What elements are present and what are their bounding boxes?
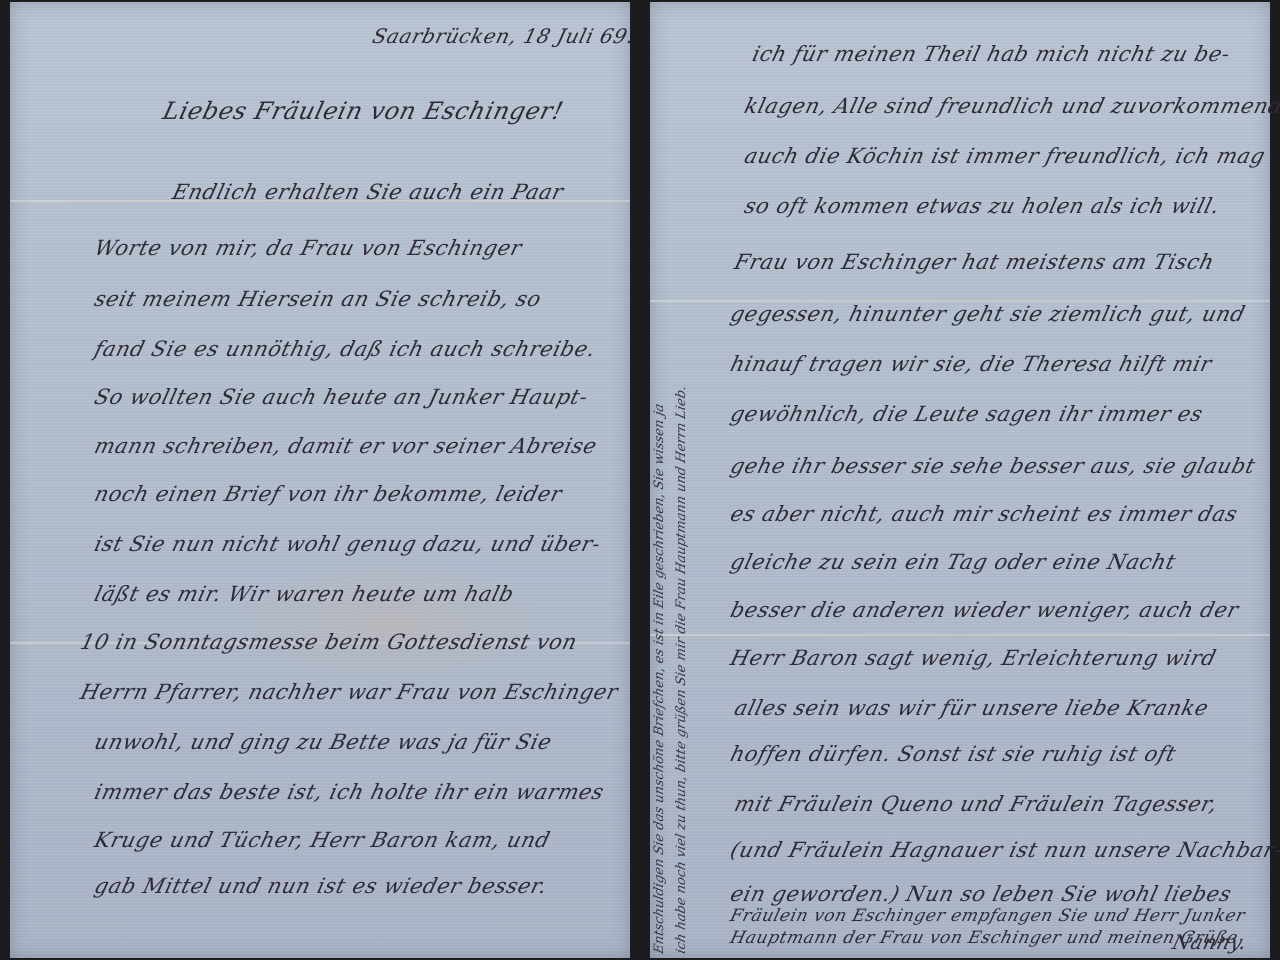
letter-line: gleiche zu sein ein Tag oder eine Nacht <box>728 550 1178 574</box>
letter-line: gegessen, hinunter geht sie ziemlich gut… <box>728 302 1248 326</box>
letter-line: auch die Köchin ist immer freundlich, ic… <box>742 144 1268 168</box>
letter-line: es aber nicht, auch mir scheint es immer… <box>728 502 1240 526</box>
paper-fold-line <box>650 634 1270 636</box>
letter-line: läßt es mir. Wir waren heute um halb <box>92 582 517 606</box>
letter-line: (und Fräulein Hagnauer ist nun unsere Na… <box>728 838 1280 862</box>
letter-line: gab Mittel und nun ist es wieder besser. <box>92 874 550 898</box>
letter-line: seit meinem Hiersein an Sie schreib, so <box>92 287 544 311</box>
letter-line: hoffen dürfen. Sonst ist sie ruhig ist o… <box>728 742 1179 766</box>
letter-line: Herr Baron sagt wenig, Erleichterung wir… <box>728 646 1219 670</box>
letter-line: Endlich erhalten Sie auch ein Paar <box>170 180 566 204</box>
letter-line: Fräulein von Eschinger empfangen Sie und… <box>728 906 1247 926</box>
letter-line: Frau von Eschinger hat meistens am Tisch <box>732 250 1217 274</box>
letter-line: Herrn Pfarrer, nachher war Frau von Esch… <box>78 680 621 704</box>
margin-note-line: ich habe noch viel zu thun, bitte grüßen… <box>674 384 689 955</box>
letter-line: Worte von mir, da Frau von Eschinger <box>92 236 525 260</box>
letter-line: ist Sie nun nicht wohl genug dazu, und ü… <box>92 532 603 556</box>
letter-line: gewöhnlich, die Leute sagen ihr immer es <box>728 402 1206 426</box>
signature: Nanny. <box>1170 930 1250 954</box>
letter-line: unwohl, und ging zu Bette was ja für Sie <box>92 730 555 754</box>
margin-note-line: Entschuldigen Sie das unschöne Briefchen… <box>652 402 667 955</box>
salutation: Liebes Fräulein von Eschinger! <box>160 97 566 125</box>
letter-line: klagen, Alle sind freundlich und zuvorko… <box>742 94 1280 118</box>
letter-line: besser die anderen wieder weniger, auch … <box>728 598 1241 622</box>
dateline: Saarbrücken, 18 Juli 69. <box>370 24 637 48</box>
letter-line: gehe ihr besser sie sehe besser aus, sie… <box>728 454 1258 478</box>
letter-line: hinauf tragen wir sie, die Theresa hilft… <box>728 352 1215 376</box>
letter-line: Hauptmann der Frau von Eschinger und mei… <box>728 928 1240 948</box>
letter-line: Kruge und Tücher, Herr Baron kam, und <box>92 828 553 852</box>
letter-line: So wollten Sie auch heute an Junker Haup… <box>92 385 591 409</box>
letter-line: noch einen Brief von ihr bekomme, leider <box>92 482 565 506</box>
letter-line: 10 in Sonntagsmesse beim Gottesdienst vo… <box>78 630 580 654</box>
letter-page-right: Entschuldigen Sie das unschöne Briefchen… <box>650 2 1270 958</box>
letter-line: ich für meinen Theil hab mich nicht zu b… <box>750 42 1233 66</box>
paper-stain <box>230 562 550 682</box>
letter-line: mit Fräulein Queno und Fräulein Tagesser… <box>732 792 1220 816</box>
letter-line: so oft kommen etwas zu holen als ich wil… <box>742 194 1222 218</box>
letter-page-left: Saarbrücken, 18 Juli 69. Liebes Fräulein… <box>10 2 630 958</box>
letter-line: mann schreiben, damit er vor seiner Abre… <box>92 434 600 458</box>
letter-line: ein geworden.) Nun so leben Sie wohl lie… <box>728 882 1234 906</box>
letter-line: immer das beste ist, ich holte ihr ein w… <box>92 780 607 804</box>
letter-line: alles sein was wir für unsere liebe Kran… <box>732 696 1211 720</box>
letter-line: fand Sie es unnöthig, daß ich auch schre… <box>92 337 598 361</box>
